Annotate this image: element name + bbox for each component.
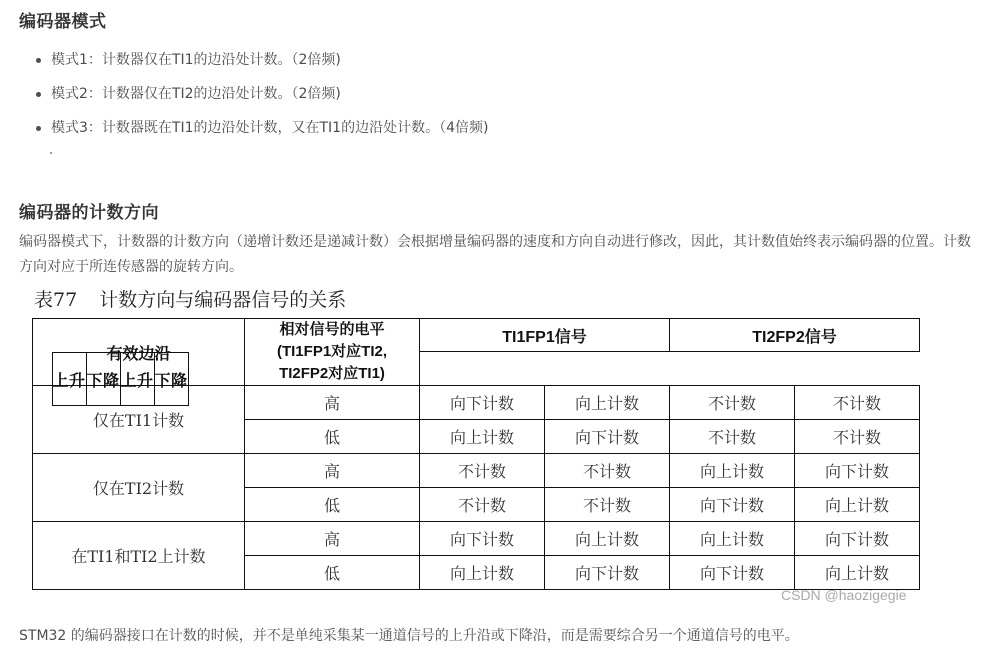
header-ti2fp2: TI2FP2信号 <box>670 319 920 352</box>
bullet-icon <box>36 58 41 63</box>
table-cell: 向上计数 <box>545 522 670 556</box>
table-title: 计数方向与编码器信号的关系 <box>99 289 346 311</box>
table-cell: 向上计数 <box>420 420 545 454</box>
table-cell: 不计数 <box>545 454 670 488</box>
level-cell: 高 <box>245 522 420 556</box>
table-row: 在TI1和TI2上计数 高 向下计数 向上计数 向上计数 向下计数 <box>33 522 920 556</box>
heading-encoder-mode: 编码器模式 <box>19 7 107 32</box>
mode-list: 模式1：计数器仅在TI1的边沿处计数。（2倍频) 模式2：计数器仅在TI2的边沿… <box>0 47 488 149</box>
level-cell: 高 <box>245 454 420 488</box>
edge-cell: 在TI1和TI2上计数 <box>33 522 245 590</box>
direction-paragraph: 编码器模式下，计数器的计数方向（递增计数还是递减计数）会根据增量编码器的速度和方… <box>19 230 984 280</box>
encoder-direction-table: 有效边沿 相对信号的电平 (TI1FP1对应TI2, TI2FP2对应TI1) … <box>32 318 920 590</box>
table-cell: 不计数 <box>545 488 670 522</box>
header-ti2-rise: 上升 <box>120 353 154 406</box>
table-cell: 不计数 <box>670 420 795 454</box>
list-item: 模式2：计数器仅在TI2的边沿处计数。（2倍频) <box>0 81 488 115</box>
level-cell: 高 <box>245 386 420 420</box>
bottom-paragraph: STM32 的编码器接口在计数的时候，并不是单纯采集某一通道信号的上升沿或下降沿… <box>19 625 799 645</box>
edge-cell: 仅在TI2计数 <box>33 454 245 522</box>
table-cell: 向下计数 <box>795 454 920 488</box>
header-ti2-fall: 下降 <box>154 353 188 406</box>
list-item-text: 模式2：计数器仅在TI2的边沿处计数。（2倍频) <box>51 86 341 102</box>
table-cell: 向上计数 <box>545 386 670 420</box>
list-item: 模式1：计数器仅在TI1的边沿处计数。（2倍频) <box>0 47 488 81</box>
table-cell: 向上计数 <box>795 556 920 590</box>
table-cell: 不计数 <box>795 386 920 420</box>
stray-dot <box>50 152 52 154</box>
level-cell: 低 <box>245 556 420 590</box>
header-ti1-fall: 下降 <box>86 353 120 406</box>
bullet-icon <box>36 92 41 97</box>
table-caption: 表77计数方向与编码器信号的关系 <box>34 285 346 312</box>
table-cell: 向下计数 <box>670 556 795 590</box>
header-level-line1: 相对信号的电平 <box>245 319 419 341</box>
header-level-line3: TI2FP2对应TI1) <box>245 363 419 385</box>
list-item-text: 模式1：计数器仅在TI1的边沿处计数。（2倍频) <box>51 52 341 68</box>
table-cell: 向上计数 <box>795 488 920 522</box>
table-cell: 向下计数 <box>420 522 545 556</box>
bullet-icon <box>36 126 41 131</box>
table-row: 仅在TI2计数 高 不计数 不计数 向上计数 向下计数 <box>33 454 920 488</box>
table-cell: 向下计数 <box>420 386 545 420</box>
table-cell: 向上计数 <box>670 454 795 488</box>
list-item: 模式3：计数器既在TI1的边沿处计数，又在TI1的边沿处计数。（4倍频) <box>0 115 488 149</box>
table-number: 表77 <box>34 289 77 311</box>
header-ti1-rise: 上升 <box>52 353 86 406</box>
header-level-line2: (TI1FP1对应TI2, <box>245 341 419 363</box>
table-cell: 不计数 <box>795 420 920 454</box>
level-cell: 低 <box>245 420 420 454</box>
header-ti1fp1: TI1FP1信号 <box>420 319 670 352</box>
table-cell: 向下计数 <box>795 522 920 556</box>
table-cell: 向上计数 <box>670 522 795 556</box>
table-cell: 不计数 <box>420 488 545 522</box>
level-cell: 低 <box>245 488 420 522</box>
table-cell: 不计数 <box>670 386 795 420</box>
watermark: CSDN @haozigegie <box>781 587 907 603</box>
list-item-text: 模式3：计数器既在TI1的边沿处计数，又在TI1的边沿处计数。（4倍频) <box>51 120 488 136</box>
header-level: 相对信号的电平 (TI1FP1对应TI2, TI2FP2对应TI1) <box>245 319 420 386</box>
table-cell: 向上计数 <box>420 556 545 590</box>
heading-count-direction: 编码器的计数方向 <box>19 198 159 223</box>
table-cell: 向下计数 <box>670 488 795 522</box>
table-cell: 向下计数 <box>545 556 670 590</box>
table-cell: 不计数 <box>420 454 545 488</box>
table-cell: 向下计数 <box>545 420 670 454</box>
